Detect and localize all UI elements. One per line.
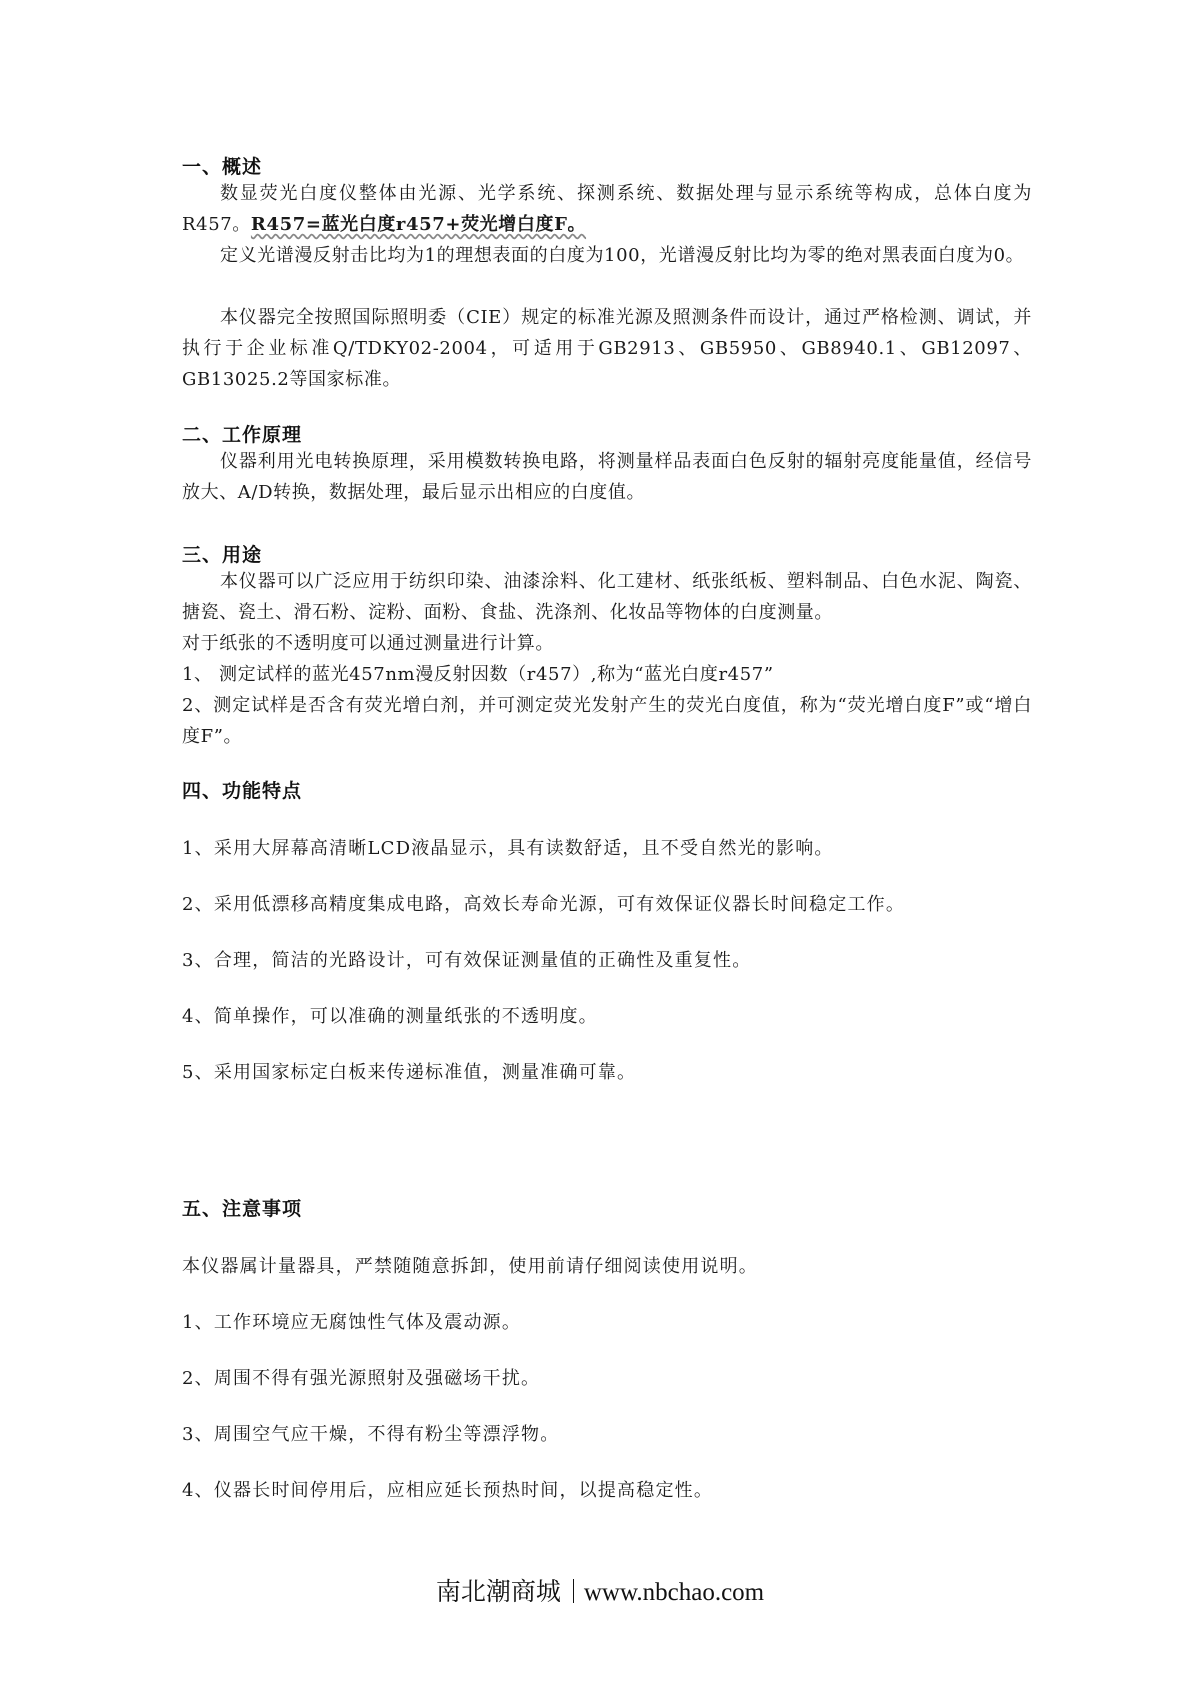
- section-title-principle: 二、工作原理: [182, 420, 302, 447]
- overview-paragraph-1: 数显荧光白度仪整体由光源、光学系统、探测系统、数据处理与显示系统等构成，总体白度…: [182, 178, 1032, 240]
- usage-item-1: 1、 测定试样的蓝光457nm漫反射因数（r457）,称为“蓝光白度r457”: [182, 659, 1032, 690]
- footer-brand: 南北潮商城: [436, 1579, 561, 1606]
- notes-item: 4、仪器长时间停用后，应相应延长预热时间，以提高稳定性。: [182, 1476, 713, 1502]
- usage-item-2: 2、测定试样是否含有荧光增白剂，并可测定荧光发射产生的荧光白度值，称为“荧光增白…: [182, 690, 1032, 752]
- principle-paragraph: 仪器利用光电转换原理，采用模数转换电路，将测量样品表面白色反射的辐射亮度能量值，…: [182, 446, 1032, 508]
- section-title-overview: 一、概述: [182, 152, 262, 179]
- section-title-features: 四、功能特点: [182, 776, 302, 803]
- notes-item: 2、周围不得有强光源照射及强磁场干扰。: [182, 1364, 540, 1390]
- notes-intro: 本仪器属计量器具，严禁随随意拆卸，使用前请仔细阅读使用说明。: [182, 1252, 758, 1278]
- notes-item: 1、工作环境应无腐蚀性气体及震动源。: [182, 1308, 521, 1334]
- feature-item: 2、采用低漂移高精度集成电路，高效长寿命光源，可有效保证仪器长时间稳定工作。: [182, 890, 905, 916]
- feature-item: 1、采用大屏幕高清晰LCD液晶显示，具有读数舒适，且不受自然光的影响。: [182, 834, 834, 860]
- footer-divider: [573, 1579, 574, 1603]
- section-title-notes: 五、注意事项: [182, 1194, 302, 1221]
- usage-paragraph: 本仪器可以广泛应用于纺织印染、油漆涂料、化工建材、纸张纸板、塑料制品、白色水泥、…: [182, 566, 1032, 628]
- usage-paragraph-2: 对于纸张的不透明度可以通过测量进行计算。: [182, 628, 1032, 659]
- section-title-usage: 三、用途: [182, 540, 262, 567]
- feature-item: 4、简单操作，可以准确的测量纸张的不透明度。: [182, 1002, 598, 1028]
- notes-item: 3、周围空气应干燥，不得有粉尘等漂浮物。: [182, 1420, 559, 1446]
- overview-paragraph-3: 本仪器完全按照国际照明委（CIE）规定的标准光源及照测条件而设计，通过严格检测、…: [182, 302, 1032, 395]
- feature-item: 5、采用国家标定白板来传递标准值，测量准确可靠。: [182, 1058, 636, 1084]
- footer-watermark: 南北潮商城www.nbchao.com: [0, 1572, 1200, 1608]
- feature-item: 3、合理，简洁的光路设计，可有效保证测量值的正确性及重复性。: [182, 946, 751, 972]
- overview-paragraph-2: 定义光谱漫反射击比均为1的理想表面的白度为100，光谱漫反射比均为零的绝对黑表面…: [182, 240, 1032, 271]
- r457-formula: R457=蓝光白度r457+荧光增白度F。: [251, 214, 586, 235]
- footer-url[interactable]: www.nbchao.com: [584, 1579, 764, 1606]
